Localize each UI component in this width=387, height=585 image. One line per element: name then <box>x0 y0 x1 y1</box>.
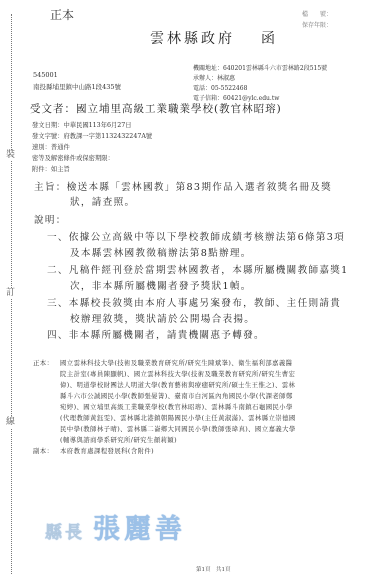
page-number: 第1頁 共1頁 <box>196 565 231 573</box>
copies-label: 副本： <box>33 446 53 455</box>
magistrate-signature: 縣長張麗善 <box>45 507 186 546</box>
explanation-item-2-cont: 次，非本縣所屬機關者發予獎狀1幀。 <box>70 278 252 292</box>
explanation-item-3: 三、本縣校長敘獎由本府人事處另案發布，教師、主任則請貴 <box>47 295 341 309</box>
copies-text: 本府教育處課程發展科(含附件) <box>60 446 154 455</box>
explanation-item-1-cont: 及本縣雲林國教徵稿辦法第8點辦理。 <box>70 245 252 259</box>
retention-period-label: 保存年限： <box>302 20 332 29</box>
explanation-label: 說明： <box>34 212 67 226</box>
subject-line-1: 主旨：檢送本縣「雲林國教」第83期作品入選者敘獎名冊及獎 <box>34 181 332 194</box>
subject-line-2: 狀，請查照。 <box>70 196 135 209</box>
subject-label: 主旨： <box>34 182 67 193</box>
original-recipients-line: (代理教師黃鈺雯)、雲林縣北港鎮朝陽國民小學(主任黃淑滿)、雲林縣立崇德國 <box>60 413 296 422</box>
signature-title: 縣長 <box>45 523 85 543</box>
binding-mark-line: 線 <box>6 417 15 428</box>
contact-phone: 電話：05-5522468 <box>193 83 247 92</box>
original-recipients-label: 正本： <box>33 358 53 367</box>
original-recipients-line: 偉)、明道學校財團法人明道大學(教育藝術與療癒研究所/碩士生王惟之)、雲林 <box>60 380 295 389</box>
file-number-label: 檔 號： <box>302 9 332 18</box>
original-recipients-line: 民中學(教師林子晴)、雲林縣二崙鄉大同國民小學(教師張瑋真)、國立嘉義大學 <box>60 424 296 433</box>
contact-person: 承辦人：林淑惠 <box>193 73 235 82</box>
issue-date: 發文日期：中華民國113年6月27日 <box>32 120 132 129</box>
receiver: 受文者：國立埔里高級工業職業學校(教官林昭瑢) <box>30 101 282 116</box>
binding-mark-staple: 訂 <box>6 288 15 299</box>
original-recipients-line: 院主計室(專員陳顯帆)、國立雲林科技大學(技術及職業教育研究所/研究生曹宏 <box>60 369 295 378</box>
original-recipients-line: 縣斗六市公誠國民小學(教師張晏箐)、臺南市白河區內角國民小學(代課老師鄭 <box>60 391 293 400</box>
explanation-item-2: 二、凡稿件經刊登於當期雲林國教者，本縣所屬機關教師嘉獎1 <box>47 262 349 276</box>
delivery-speed: 速別：普通件 <box>32 142 70 151</box>
postal-code: 545001 <box>33 71 58 79</box>
original-recipients-line: (輔導與諮商學系研究所/研究生顏莉穎) <box>60 435 177 444</box>
original-recipients-line: 宛婷)、國立埔里高級工業職業學校(教官林昭瑢)、雲林縣斗南鎮石龜國民小學 <box>60 402 293 411</box>
attachment: 附件：如主旨 <box>32 164 70 173</box>
recipient-address: 南投縣埔里鎮中山路1段435號 <box>33 82 121 91</box>
document-type: 函 <box>261 31 278 47</box>
signature-name: 張麗善 <box>93 514 186 545</box>
explanation-item-4: 四、非本縣所屬機關者，請貴機關惠予轉發。 <box>47 327 265 341</box>
binding-mark-bind: 裝 <box>6 150 15 161</box>
explanation-item-3-cont: 校辦理敘獎，獎狀請於公開場合表揚。 <box>70 311 255 325</box>
issue-number: 發文字號：府教課一字第1132432247A號 <box>32 131 152 140</box>
explanation-item-1: 一、依據公立高級中等以下學校教師成績考核辦法第6條第3項 <box>47 229 345 243</box>
security-level: 密等及解密條件或保密期限： <box>32 153 114 162</box>
copy-type-label: 正本 <box>50 6 74 23</box>
agency-address: 機關地址：640201雲林縣斗六市雲林路2段515號 <box>193 63 327 72</box>
document-title: 雲林縣政府函 <box>150 28 278 48</box>
agency-name: 雲林縣政府 <box>150 31 235 47</box>
original-recipients-line: 國立雲林科技大學(技術及職業教育研究所/研究生陳斌峯)、衛生福利部嘉義醫 <box>60 358 292 367</box>
